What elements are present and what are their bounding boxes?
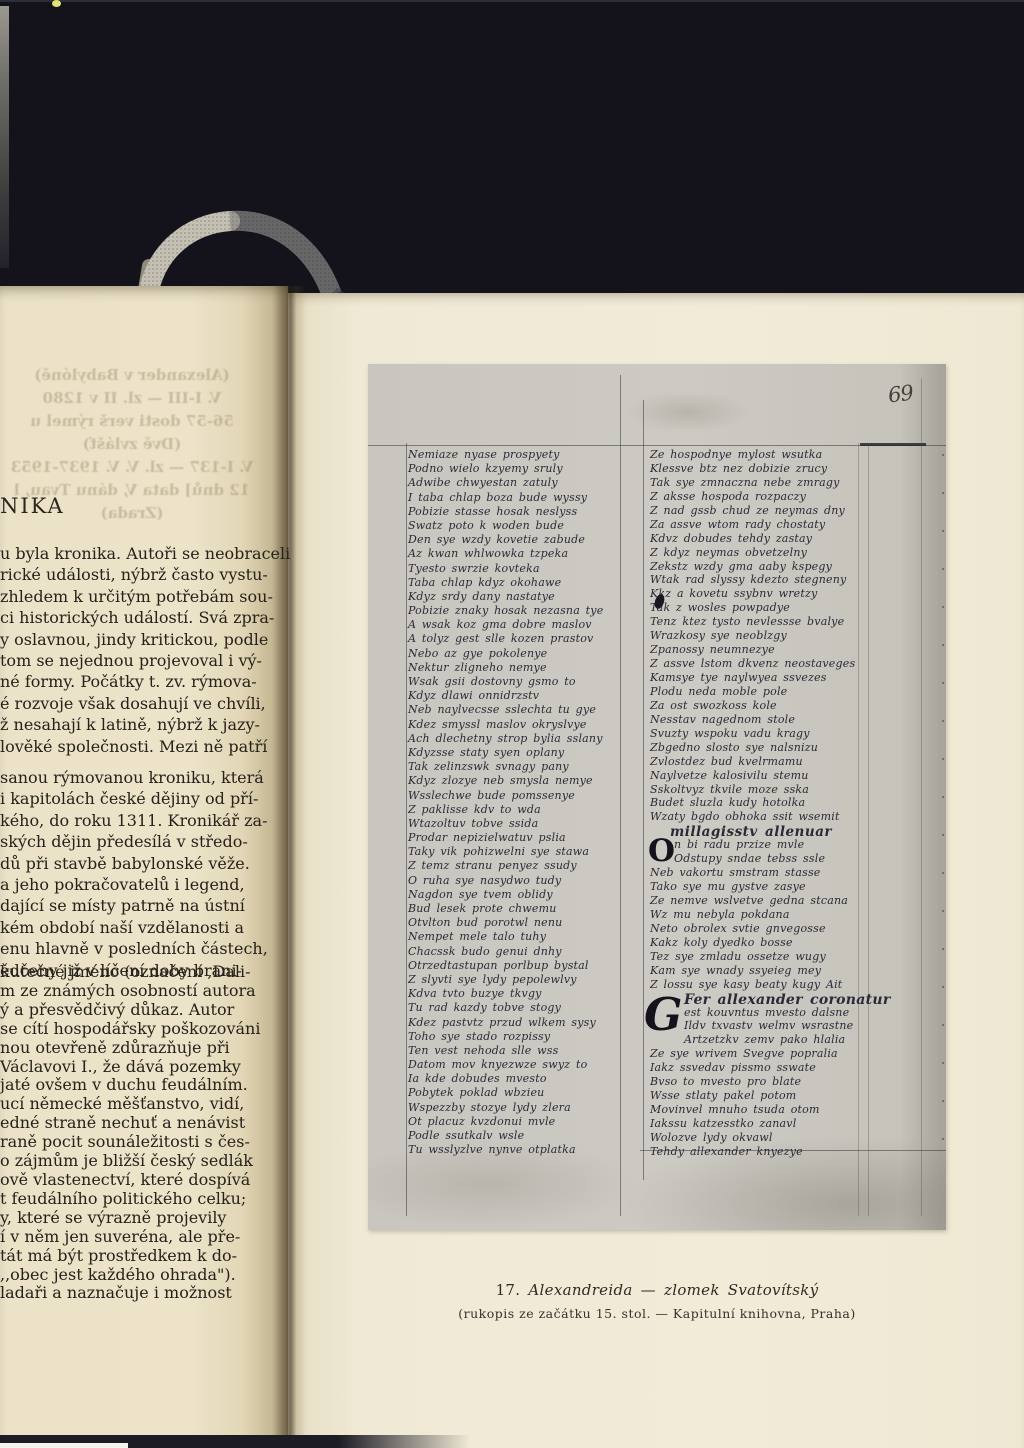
illuminated-initial-g: G bbox=[644, 992, 682, 1037]
manuscript-line: Kakz koly dyedko bosse bbox=[650, 936, 891, 950]
folio-number: 69 bbox=[887, 381, 914, 408]
printed-text-line: dů při stavbě babylonské věže. bbox=[0, 853, 262, 874]
manuscript-line: Z paklisse kdv to wda bbox=[408, 803, 603, 817]
manuscript-line: Tehdy allexander knyezye bbox=[650, 1145, 891, 1159]
caption-detail-line: (rukopis ze začátku 15. stol. — Kapituln… bbox=[368, 1306, 946, 1321]
manuscript-line: Tak sye zmnaczna nebe zmragy bbox=[650, 476, 891, 490]
manuscript-line: Kkz a kovetu ssybnv wretzy bbox=[650, 587, 891, 601]
manuscript-line: Nagdon sye tvem oblidy bbox=[408, 888, 603, 902]
printed-text-line: ově vlastenectví, které dospívá bbox=[0, 1171, 262, 1190]
manuscript-line: Podno wielo kzyemy sruly bbox=[408, 462, 603, 476]
printed-text-line: ž nesahají k latině, nýbrž k jazy- bbox=[0, 714, 262, 735]
manuscript-line: Otvlton bud porotwl nenu bbox=[408, 916, 603, 930]
manuscript-line: Svuzty wspoku vadu kragy bbox=[650, 727, 891, 741]
manuscript-line: Adwibe chwyestan zatuly bbox=[408, 476, 603, 490]
manuscript-line: Iakz ssvedav pissmo sswate bbox=[650, 1061, 891, 1075]
printed-text-line: i kapitolách české dějiny od pří- bbox=[0, 788, 262, 809]
dust-speck bbox=[52, 0, 61, 7]
ruling-line-vertical-mid-1 bbox=[620, 375, 621, 1216]
manuscript-line: Taba chlap kdyz okohawe bbox=[408, 576, 603, 590]
manuscript-line: Z assve lstom dkvenz neostaveges bbox=[650, 657, 891, 671]
illuminated-initial-o: O bbox=[648, 836, 675, 867]
printed-text-line: kutečné jméno (označení ,Dali- bbox=[0, 963, 262, 982]
printed-text-line: kého, do roku 1311. Kronikář za- bbox=[0, 810, 262, 831]
printed-text-line: enu hlavně v posledních částech, bbox=[0, 938, 262, 959]
manuscript-line: millagisstv allenuar bbox=[650, 824, 891, 838]
printed-text-line: m ze známých osobností autora bbox=[0, 982, 262, 1001]
manuscript-line: Nektur zligneho nemye bbox=[408, 661, 603, 675]
ghost-line: (Alexander v Babylóně) bbox=[6, 364, 258, 387]
manuscript-line: Wz mu nebyla pokdana bbox=[650, 908, 891, 922]
manuscript-line: Za assve wtom rady chostaty bbox=[650, 518, 891, 532]
manuscript-line: Pobizie stasse hosak neslyss bbox=[408, 505, 603, 519]
chapter-heading-fragment: NIKA bbox=[0, 494, 65, 518]
printed-text-line: t feudálního politického celku; bbox=[0, 1190, 262, 1209]
manuscript-line: Z kdyz neymas obvetzelny bbox=[650, 546, 891, 560]
manuscript-line: Tak z wosles powpadye bbox=[650, 601, 891, 615]
manuscript-line: Z slyvti sye lydy pepolewlvy bbox=[408, 973, 603, 987]
manuscript-line: Wrazkosy sye neoblzgy bbox=[650, 629, 891, 643]
manuscript-line: est kouvntus mvesto dalsne bbox=[650, 1006, 891, 1020]
manuscript-line: Z temz stranu penyez ssudy bbox=[408, 859, 603, 873]
printed-text-line: raně pocit sounáležitosti s čes- bbox=[0, 1133, 262, 1152]
manuscript-line: Prodar nepizielwatuv pslia bbox=[408, 831, 603, 845]
manuscript-line: Ten vest nehoda slle wss bbox=[408, 1044, 603, 1058]
manuscript-line: Ot placuz kvzdonui mvle bbox=[408, 1115, 603, 1129]
manuscript-line: Tu rad kazdy tobve stogy bbox=[408, 1001, 603, 1015]
manuscript-line: Tenz ktez tysto nevlessse bvalye bbox=[650, 615, 891, 629]
manuscript-line: Wsse stlaty pakel potom bbox=[650, 1089, 891, 1103]
printed-text-line: nou otevřeně zdůrazňuje při bbox=[0, 1039, 262, 1058]
manuscript-line: Tez sye zmladu ossetze wugy bbox=[650, 950, 891, 964]
manuscript-line: Ze nemve wslvetve gedna stcana bbox=[650, 894, 891, 908]
ruling-line-vertical-left bbox=[406, 443, 407, 1216]
manuscript-line: Plodu neda moble pole bbox=[650, 685, 891, 699]
printed-text-line: se cítí hospodářsky poškozováni bbox=[0, 1020, 262, 1039]
manuscript-line: Wzaty bgdo obhoka ssit wsemit bbox=[650, 810, 891, 824]
manuscript-line: Kdyz zlozye neb smysla nemye bbox=[408, 774, 603, 788]
manuscript-line: Pobizie znaky hosak nezasna tye bbox=[408, 604, 603, 618]
manuscript-line: n bi radu przize mvle bbox=[650, 838, 891, 852]
printed-text-line: zhledem k určitým potřebám sou- bbox=[0, 586, 262, 607]
printed-text-line: ý a přesvědčivý důkaz. Autor bbox=[0, 1001, 262, 1020]
manuscript-line: Kdvz dobudes tehdy zastay bbox=[650, 532, 891, 546]
manuscript-line: Nesstav nagednom stole bbox=[650, 713, 891, 727]
manuscript-line: Wtazoltuv tobve ssida bbox=[408, 817, 603, 831]
manuscript-line: Budet sluzla kudy hotolka bbox=[650, 796, 891, 810]
manuscript-line: Neto obrolex svtie gnvegosse bbox=[650, 922, 891, 936]
printed-paragraph-1: u byla kronika. Autoři se neobracelirick… bbox=[0, 543, 262, 757]
manuscript-line: Z lossu sye kasy beaty kugy Ait bbox=[650, 978, 891, 992]
manuscript-line: Den sye wzdy kovetie zabude bbox=[408, 533, 603, 547]
printed-text-line: ucí německé měšťanstvo, vidí, bbox=[0, 1095, 262, 1114]
ruling-line-dark-segment bbox=[860, 443, 926, 446]
manuscript-line: Ildv txvastv welmv wsrastne bbox=[650, 1019, 891, 1033]
manuscript-line: Odstupy sndae tebss ssle bbox=[650, 852, 891, 866]
ruling-line-vertical-edge bbox=[921, 378, 922, 1216]
manuscript-line: Artzetzkv zemv pako hlalia bbox=[650, 1033, 891, 1047]
manuscript-line: Wtak rad slyssy kdezto stegneny bbox=[650, 573, 891, 587]
manuscript-line: Wsslechwe bude pomssenye bbox=[408, 789, 603, 803]
printed-text-line: o zájmům je bližší český sedlák bbox=[0, 1152, 262, 1171]
manuscript-line: Neb vakortu smstram stasse bbox=[650, 866, 891, 880]
printed-text-line: ladaři a naznačuje i možnost bbox=[0, 1284, 262, 1303]
caption-title-line: 17. Alexandreida — zlomek Svatovítský bbox=[368, 1281, 946, 1299]
manuscript-line: Chacssk budo genui dnhy bbox=[408, 945, 603, 959]
printed-text-line: dající se místy patrně na ústní bbox=[0, 895, 262, 916]
manuscript-line: Z nad gssb chud ze neymas dny bbox=[650, 504, 891, 518]
manuscript-line: Kdez smyssl maslov okryslvye bbox=[408, 718, 603, 732]
printed-text-line: Václavovi I., že dává pozemky bbox=[0, 1058, 262, 1077]
manuscript-line: Neb naylvecsse sslechta tu gye bbox=[408, 703, 603, 717]
manuscript-column-left: Nemiaze nyase prospyetyPodno wielo kzyem… bbox=[408, 448, 603, 1157]
manuscript-line: Wolozve lydy okvawl bbox=[650, 1131, 891, 1145]
printed-text-line: í v něm jen suveréna, ale pře- bbox=[0, 1228, 262, 1247]
manuscript-column-right: Ze hospodnye mylost wsutkaKlessve btz ne… bbox=[650, 448, 891, 1159]
manuscript-line: Kam sye wnady ssyeieg mey bbox=[650, 964, 891, 978]
printed-text-line: né formy. Počátky t. zv. rýmova- bbox=[0, 671, 262, 692]
manuscript-line: Zvlostdez bud kvelrmamu bbox=[650, 755, 891, 769]
manuscript-line: A tolyz gest slle kozen prastov bbox=[408, 632, 603, 646]
manuscript-line: Zpanossy neumnezye bbox=[650, 643, 891, 657]
printed-text-line: jaté ovšem v duchu feudálním. bbox=[0, 1076, 262, 1095]
manuscript-line: Fer allexander coronatur bbox=[650, 992, 891, 1006]
manuscript-line: Wsak gsii dostovny gsmo to bbox=[408, 675, 603, 689]
ghost-line: V. I-137 — zl. V. V. 1937-1953 bbox=[6, 456, 258, 479]
manuscript-line: Iakssu katzesstko zanavl bbox=[650, 1117, 891, 1131]
manuscript-line: Z aksse hospoda rozpaczy bbox=[650, 490, 891, 504]
manuscript-line: Movinvel mnuho tsuda otom bbox=[650, 1103, 891, 1117]
manuscript-line: Nemiaze nyase prospyety bbox=[408, 448, 603, 462]
manuscript-line: Ach dlechetny strop bylia sslany bbox=[408, 732, 603, 746]
printed-paragraph-2: sanou rýmovanou kroniku, kterái kapitolá… bbox=[0, 767, 262, 981]
manuscript-line: O ruha sye nasydwo tudy bbox=[408, 874, 603, 888]
manuscript-line: Za ost swozkoss kole bbox=[650, 699, 891, 713]
manuscript-line: A wsak koz gma dobre maslov bbox=[408, 618, 603, 632]
manuscript-line: Kdva tvto buzye tkvgy bbox=[408, 987, 603, 1001]
printed-text-line: rické události, nýbrž často vystu- bbox=[0, 564, 262, 585]
manuscript-line: Kdyz dlawi onnidrzstv bbox=[408, 689, 603, 703]
plate-caption: 17. Alexandreida — zlomek Svatovítský (r… bbox=[368, 1281, 946, 1321]
printed-text-line: ci historických událostí. Svá zpra- bbox=[0, 607, 262, 628]
ghost-line: V. I-III — zl. II v 1280 bbox=[6, 387, 258, 410]
printed-text-line: u byla kronika. Autoři se neobraceli bbox=[0, 543, 262, 564]
manuscript-line: Toho sye stado rozpissy bbox=[408, 1030, 603, 1044]
printed-text-line: lověké společnosti. Mezi ně patří bbox=[0, 736, 262, 757]
caption-number: 17. bbox=[496, 1281, 521, 1299]
printed-text-line: sanou rýmovanou kroniku, která bbox=[0, 767, 262, 788]
printed-text-line: edné straně nechuť a nenávist bbox=[0, 1114, 262, 1133]
manuscript-line: Kamsye tye naylwyea ssvezes bbox=[650, 671, 891, 685]
caption-title: Alexandreida — zlomek Svatovítský bbox=[528, 1281, 818, 1299]
manuscript-line: Tyesto swrzie kovteka bbox=[408, 562, 603, 576]
manuscript-line: Datom mov knyezwze swyz to bbox=[408, 1058, 603, 1072]
printed-text-line: a jeho pokračovatelů i legend, bbox=[0, 874, 262, 895]
manuscript-line: Tako sye mu gystve zasye bbox=[650, 880, 891, 894]
book-cover-edge bbox=[0, 6, 9, 268]
manuscript-line: Naylvetze kalosivilu stemu bbox=[650, 769, 891, 783]
printed-text-line: tát má být prostředkem k do- bbox=[0, 1247, 262, 1266]
manuscript-line: Tu wsslyzlve nynve otplatka bbox=[408, 1143, 603, 1157]
book-gutter-shadow bbox=[274, 286, 306, 1444]
ruling-line-vertical-mid-2 bbox=[643, 400, 644, 1180]
ghost-line: (Dvě zvlášť) bbox=[6, 433, 258, 456]
manuscript-line: I taba chlap boza bude wyssy bbox=[408, 491, 603, 505]
manuscript-line: Kdyz srdy dany nastatye bbox=[408, 590, 603, 604]
manuscript-line: Pobytek poklad wbzieu bbox=[408, 1086, 603, 1100]
printed-text-line: tom se nejednou projevoval i vý- bbox=[0, 650, 262, 671]
manuscript-line: Nebo az gye pokolenye bbox=[408, 647, 603, 661]
manuscript-line: Podle ssutkalv wsle bbox=[408, 1129, 603, 1143]
manuscript-line: Zbgedno slosto sye nalsnizu bbox=[650, 741, 891, 755]
manuscript-photo-plate: 69 Nemiaze nyase prospyetyPodno wielo kz… bbox=[368, 364, 946, 1230]
printed-text-line: é rozvoje však dosahují ve chvíli, bbox=[0, 693, 262, 714]
manuscript-line: Nempet mele talo tuhy bbox=[408, 930, 603, 944]
printed-text-line: y, které se výrazně projevily bbox=[0, 1209, 262, 1228]
printed-text-line: ,,obec jest každého ohrada"). bbox=[0, 1266, 262, 1285]
manuscript-line: Sskoltvyz tkvile moze sska bbox=[650, 783, 891, 797]
manuscript-line: Taky vik pohizwelni sye stawa bbox=[408, 845, 603, 859]
manuscript-line: Ze hospodnye mylost wsutka bbox=[650, 448, 891, 462]
manuscript-line: Bvso to mvesto pro blate bbox=[650, 1075, 891, 1089]
printed-text-line: y oslavnou, jindy kritickou, podle bbox=[0, 629, 262, 650]
manuscript-line: Ia kde dobudes mvesto bbox=[408, 1072, 603, 1086]
ghost-line: 56-57 dosti verš rýmel u bbox=[6, 410, 258, 433]
page-bottom-sliver bbox=[0, 1443, 128, 1448]
manuscript-line: Kdyzsse staty syen oplany bbox=[408, 746, 603, 760]
manuscript-line: Tak zelinzswk svnagy pany bbox=[408, 760, 603, 774]
manuscript-line: Swatz poto k woden bude bbox=[408, 519, 603, 533]
manuscript-line: Wspezzby stozye lydy zlera bbox=[408, 1101, 603, 1115]
manuscript-line: Otrzedtastupan porlbup bystal bbox=[408, 959, 603, 973]
manuscript-line: Klessve btz nez dobizie zrucy bbox=[650, 462, 891, 476]
manuscript-line: Zekstz wzdy gma aaby kspegy bbox=[650, 560, 891, 574]
paper-chain-marks bbox=[942, 454, 944, 1154]
manuscript-line: Bud lesek prote chwemu bbox=[408, 902, 603, 916]
manuscript-line: Ze sye wrivem Svegve popralia bbox=[650, 1047, 891, 1061]
printed-text-line: kém období naší vzdělanosti a bbox=[0, 917, 262, 938]
manuscript-line: Az kwan whlwowka tzpeka bbox=[408, 547, 603, 561]
manuscript-line: Kdez pastvtz przud wlkem sysy bbox=[408, 1016, 603, 1030]
printed-text-line: ských dějin předesílá v středo- bbox=[0, 831, 262, 852]
printed-paragraph-3: kutečné jméno (označení ,Dali-m ze známý… bbox=[0, 963, 262, 1303]
